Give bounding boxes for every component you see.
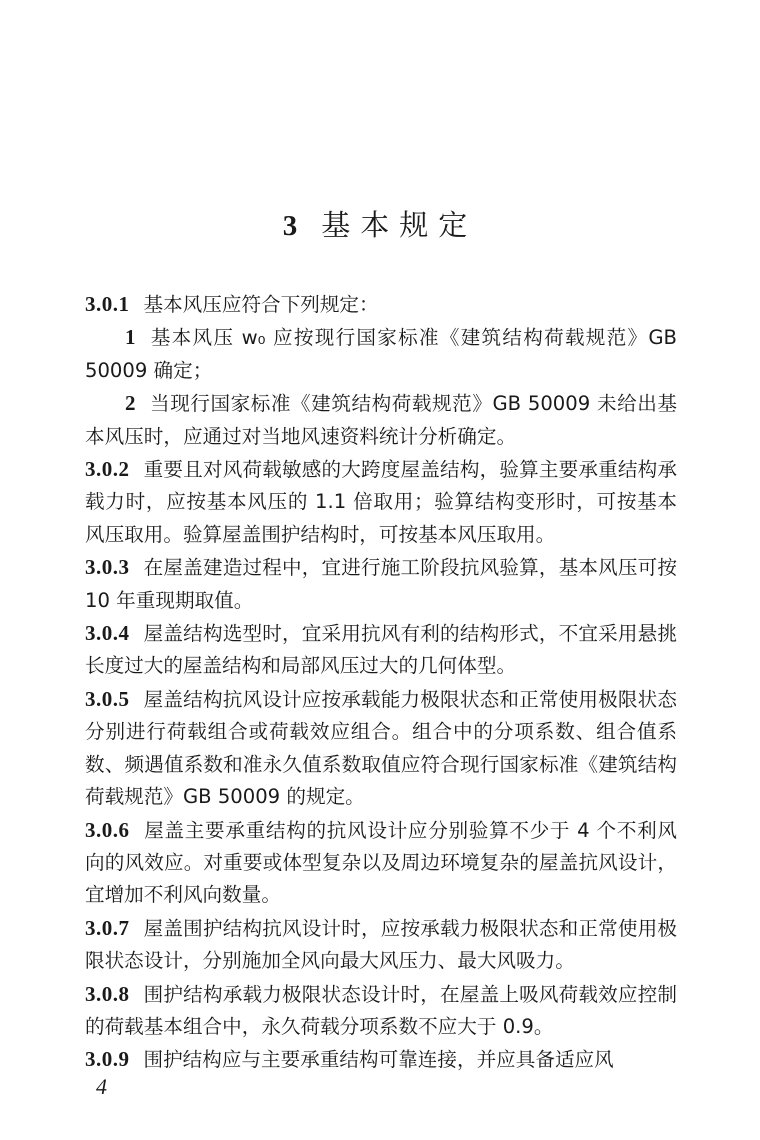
clause-number: 3.0.1 [85, 292, 130, 316]
clause-number: 3.0.6 [85, 818, 130, 842]
clause-number: 3.0.4 [85, 621, 130, 645]
chapter-title-text: 基本规定 [321, 208, 477, 242]
clause-3-0-1: 3.0.1基本风压应符合下列规定： [85, 288, 677, 321]
item-text: 当现行国家标准《建筑结构荷载规范》GB 50009 未给出基本风压时，应通过对当… [85, 392, 677, 447]
clause-text: 屋盖主要承重结构的抗风设计应分别验算不少于 4 个不利风向的风效应。对重要或体型… [85, 819, 677, 907]
clause-text: 屋盖围护结构抗风设计时，应按承载力极限状态和正常使用极限状态设计，分别施加全风向… [85, 917, 677, 972]
clause-3-0-9: 3.0.9围护结构应与主要承重结构可靠连接，并应具备适应风 [85, 1043, 677, 1076]
clause-3-0-1-item-1: 1基本风压 w₀ 应按现行国家标准《建筑结构荷载规范》GB 50009 确定； [85, 321, 677, 387]
clause-text: 重要且对风荷载敏感的大跨度屋盖结构，验算主要承重结构承载力时，应按基本风压的 1… [85, 458, 677, 546]
clause-text: 围护结构应与主要承重结构可靠连接，并应具备适应风 [144, 1048, 614, 1071]
clause-number: 3.0.3 [85, 555, 130, 579]
clause-text: 屋盖结构选型时，宜采用抗风有利的结构形式，不宜采用悬挑长度过大的屋盖结构和局部风… [85, 622, 677, 677]
clause-text: 屋盖结构抗风设计应按承载能力极限状态和正常使用极限状态分别进行荷载组合或荷载效应… [85, 688, 677, 808]
clause-number: 3.0.2 [85, 457, 130, 481]
chapter-title: 3基本规定 [0, 203, 760, 244]
clause-text: 在屋盖建造过程中，宜进行施工阶段抗风验算，基本风压可按 10 年重现期取值。 [85, 556, 677, 611]
clause-3-0-3: 3.0.3在屋盖建造过程中，宜进行施工阶段抗风验算，基本风压可按 10 年重现期… [85, 551, 677, 617]
clause-number: 3.0.8 [85, 982, 130, 1006]
clause-3-0-8: 3.0.8围护结构承载力极限状态设计时，在屋盖上吸风荷载效应控制的荷载基本组合中… [85, 978, 677, 1044]
document-body: 3.0.1基本风压应符合下列规定： 1基本风压 w₀ 应按现行国家标准《建筑结构… [85, 288, 677, 1077]
clause-3-0-1-item-2: 2当现行国家标准《建筑结构荷载规范》GB 50009 未给出基本风压时，应通过对… [85, 387, 677, 453]
clause-3-0-2: 3.0.2重要且对风荷载敏感的大跨度屋盖结构，验算主要承重结构承载力时，应按基本… [85, 453, 677, 551]
item-number: 2 [125, 391, 136, 415]
clause-text: 基本风压应符合下列规定： [144, 293, 379, 316]
clause-3-0-6: 3.0.6屋盖主要承重结构的抗风设计应分别验算不少于 4 个不利风向的风效应。对… [85, 814, 677, 912]
clause-text: 围护结构承载力极限状态设计时，在屋盖上吸风荷载效应控制的荷载基本组合中，永久荷载… [85, 983, 677, 1038]
clause-number: 3.0.7 [85, 916, 130, 940]
page-number: 4 [96, 1074, 107, 1100]
clause-3-0-4: 3.0.4屋盖结构选型时，宜采用抗风有利的结构形式，不宜采用悬挑长度过大的屋盖结… [85, 617, 677, 683]
item-number: 1 [125, 325, 136, 349]
clause-number: 3.0.5 [85, 687, 130, 711]
clause-3-0-5: 3.0.5屋盖结构抗风设计应按承载能力极限状态和正常使用极限状态分别进行荷载组合… [85, 683, 677, 814]
chapter-number: 3 [283, 210, 308, 242]
item-text: 基本风压 w₀ 应按现行国家标准《建筑结构荷载规范》GB 50009 确定； [85, 326, 677, 381]
clause-3-0-7: 3.0.7屋盖围护结构抗风设计时，应按承载力极限状态和正常使用极限状态设计，分别… [85, 912, 677, 978]
clause-number: 3.0.9 [85, 1047, 130, 1071]
